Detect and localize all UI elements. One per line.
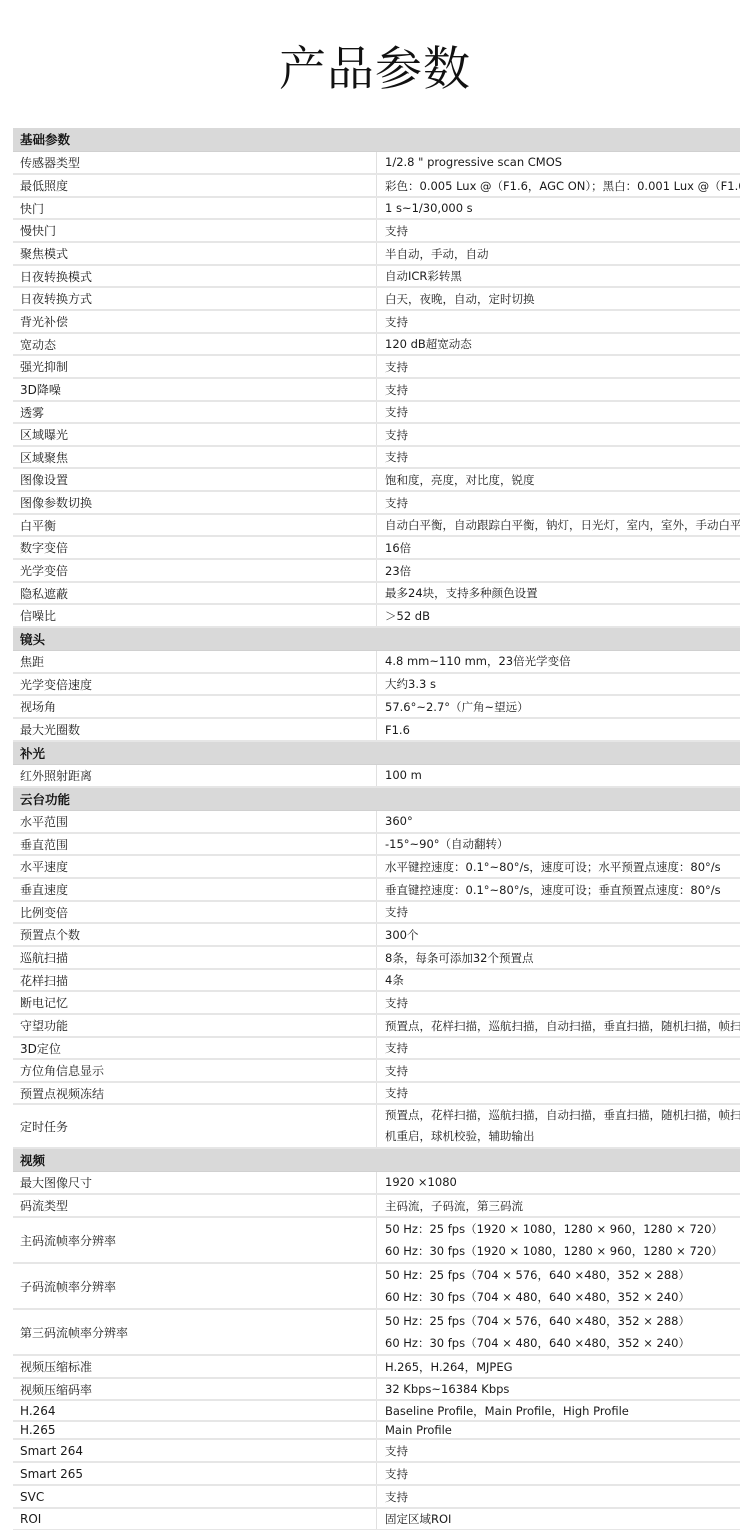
spec-table: 基础参数传感器类型1/2.8 " progressive scan CMOS最低… (13, 128, 740, 1530)
spec-value-line: 32 Kbps~16384 Kbps (385, 1382, 740, 1396)
spec-label: 红外照射距离 (13, 764, 377, 787)
spec-value: 1 s~1/30,000 s (377, 197, 741, 219)
spec-label: 视频压缩标准 (13, 1355, 377, 1378)
page-title: 产品参数 (0, 38, 750, 102)
spec-label: 宽动态 (13, 333, 377, 355)
spec-row: H.265Main Profile (13, 1421, 740, 1439)
spec-row: 日夜转换方式白天，夜晚，自动，定时切换 (13, 287, 740, 310)
spec-value: 半自动，手动，自动 (377, 242, 741, 265)
section-header: 镜头 (13, 627, 740, 650)
spec-value: 支持 (377, 1059, 741, 1082)
spec-value: 彩色：0.005 Lux @（F1.6，AGC ON）；黑白：0.001 Lux… (377, 174, 741, 197)
spec-value: 支持 (377, 1439, 741, 1462)
spec-label: 聚焦模式 (13, 242, 377, 265)
spec-label: 最低照度 (13, 174, 377, 197)
section-header-row: 补光 (13, 741, 740, 764)
spec-value-line: 1/2.8 " progressive scan CMOS (385, 155, 740, 169)
spec-label: 水平速度 (13, 855, 377, 878)
spec-label: 主码流帧率分辨率 (13, 1217, 377, 1263)
spec-value: ＞52 dB (377, 604, 741, 627)
spec-value: 300个 (377, 923, 741, 946)
spec-row: 视频压缩标准H.265，H.264，MJPEG (13, 1355, 740, 1378)
spec-value-line: 1 s~1/30,000 s (385, 201, 740, 215)
spec-label: 焦距 (13, 650, 377, 673)
spec-row: 光学变倍速度大约3.3 s (13, 673, 740, 695)
spec-value: 垂直键控速度：0.1°~80°/s，速度可设；垂直预置点速度：80°/s (377, 878, 741, 901)
spec-row: 3D定位支持 (13, 1037, 740, 1059)
spec-row: 信噪比＞52 dB (13, 604, 740, 627)
spec-value-line: 支持 (385, 1489, 740, 1505)
spec-value: 支持 (377, 219, 741, 242)
spec-label: 预置点视频冻结 (13, 1082, 377, 1104)
spec-label: 垂直范围 (13, 833, 377, 855)
spec-label: 背光补偿 (13, 310, 377, 333)
spec-value-line: 白天，夜晚，自动，定时切换 (385, 291, 740, 307)
spec-label: 方位角信息显示 (13, 1059, 377, 1082)
spec-label: 区域曝光 (13, 423, 377, 446)
spec-row: 垂直范围-15°~90°（自动翻转） (13, 833, 740, 855)
spec-value: 水平键控速度：0.1°~80°/s，速度可设；水平预置点速度：80°/s (377, 855, 741, 878)
spec-row: ROI固定区域ROI (13, 1508, 740, 1530)
spec-label: ROI (13, 1508, 377, 1530)
spec-row: Smart 265支持 (13, 1462, 740, 1485)
section-header-row: 镜头 (13, 627, 740, 650)
spec-row: 方位角信息显示支持 (13, 1059, 740, 1082)
spec-row: 水平速度水平键控速度：0.1°~80°/s，速度可设；水平预置点速度：80°/s (13, 855, 740, 878)
section-header-row: 云台功能 (13, 787, 740, 810)
spec-value: 1/2.8 " progressive scan CMOS (377, 151, 741, 174)
spec-label: 3D降噪 (13, 378, 377, 401)
spec-label: 白平衡 (13, 514, 377, 536)
spec-row: 红外照射距离100 m (13, 764, 740, 787)
spec-value-line: 60 Hz：30 fps（704 × 480，640 ×480，352 × 24… (385, 1332, 740, 1354)
spec-value-line: 100 m (385, 768, 740, 782)
spec-row: 图像设置饱和度，亮度，对比度，锐度 (13, 468, 740, 491)
spec-value-line: 60 Hz：30 fps（1920 × 1080，1280 × 960，1280… (385, 1240, 740, 1262)
spec-value-line: 支持 (385, 223, 740, 239)
section-header: 补光 (13, 741, 740, 764)
spec-row: 快门1 s~1/30,000 s (13, 197, 740, 219)
spec-row: 图像参数切换支持 (13, 491, 740, 514)
spec-row: 背光补偿支持 (13, 310, 740, 333)
spec-row: 3D降噪支持 (13, 378, 740, 401)
spec-value-line: 支持 (385, 359, 740, 375)
section-header-row: 基础参数 (13, 128, 740, 151)
spec-row: 花样扫描4条 (13, 969, 740, 991)
spec-label: 快门 (13, 197, 377, 219)
spec-value-line: 50 Hz：25 fps（1920 × 1080，1280 × 960，1280… (385, 1218, 740, 1240)
spec-value-line: 水平键控速度：0.1°~80°/s，速度可设；水平预置点速度：80°/s (385, 859, 740, 875)
spec-value-line: 支持 (385, 904, 740, 920)
spec-label: 透雾 (13, 401, 377, 423)
spec-value: 自动ICR彩转黑 (377, 265, 741, 287)
spec-value-line: 半自动，手动，自动 (385, 246, 740, 262)
spec-row: 最大图像尺寸1920 ×1080 (13, 1171, 740, 1194)
spec-row: 主码流帧率分辨率50 Hz：25 fps（1920 × 1080，1280 × … (13, 1217, 740, 1263)
spec-value-line: 固定区域ROI (385, 1511, 740, 1527)
spec-label: 慢快门 (13, 219, 377, 242)
spec-value: 32 Kbps~16384 Kbps (377, 1378, 741, 1400)
spec-label: 码流类型 (13, 1194, 377, 1217)
spec-value: 饱和度，亮度，对比度，锐度 (377, 468, 741, 491)
section-header: 视频 (13, 1148, 740, 1171)
spec-row: 传感器类型1/2.8 " progressive scan CMOS (13, 151, 740, 174)
spec-row: 最大光圈数F1.6 (13, 718, 740, 741)
spec-label: 日夜转换方式 (13, 287, 377, 310)
spec-label: 巡航扫描 (13, 946, 377, 969)
spec-label: Smart 265 (13, 1462, 377, 1485)
spec-value: 4条 (377, 969, 741, 991)
spec-value: 360° (377, 810, 741, 833)
spec-value-line: 4条 (385, 972, 740, 988)
spec-row: 断电记忆支持 (13, 991, 740, 1014)
spec-value: 预置点，花样扫描，巡航扫描，自动扫描，垂直扫描，随机扫描，帧扫描，全景扫描，球机… (377, 1104, 741, 1148)
spec-label: 守望功能 (13, 1014, 377, 1037)
spec-value-line: 360° (385, 814, 740, 828)
spec-value: 支持 (377, 355, 741, 378)
spec-value-line: 彩色：0.005 Lux @（F1.6，AGC ON）；黑白：0.001 Lux… (385, 178, 740, 194)
spec-row: H.264Baseline Profile，Main Profile，High … (13, 1400, 740, 1421)
spec-value-line: 300个 (385, 927, 740, 943)
spec-row: 慢快门支持 (13, 219, 740, 242)
spec-value-line: Baseline Profile，Main Profile，High Profi… (385, 1403, 740, 1419)
spec-value-line: 支持 (385, 404, 740, 420)
spec-row: Smart 264支持 (13, 1439, 740, 1462)
spec-label: 花样扫描 (13, 969, 377, 991)
spec-label: 最大光圈数 (13, 718, 377, 741)
spec-value-line: 支持 (385, 1443, 740, 1459)
spec-value: Main Profile (377, 1421, 741, 1439)
section-header: 基础参数 (13, 128, 740, 151)
spec-table-body: 基础参数传感器类型1/2.8 " progressive scan CMOS最低… (13, 128, 740, 1530)
spec-label: 隐私遮蔽 (13, 582, 377, 604)
spec-value-line: 支持 (385, 1466, 740, 1482)
spec-value-line: 57.6°~2.7°（广角~望远） (385, 699, 740, 715)
spec-value: 支持 (377, 1082, 741, 1104)
spec-row: 隐私遮蔽最多24块，支持多种颜色设置 (13, 582, 740, 604)
spec-row: 聚焦模式半自动，手动，自动 (13, 242, 740, 265)
spec-value-line: 最多24块，支持多种颜色设置 (385, 585, 740, 601)
spec-row: 日夜转换模式自动ICR彩转黑 (13, 265, 740, 287)
spec-label: 光学变倍速度 (13, 673, 377, 695)
spec-value: 1920 ×1080 (377, 1171, 741, 1194)
spec-label: H.265 (13, 1421, 377, 1439)
spec-value: 最多24块，支持多种颜色设置 (377, 582, 741, 604)
spec-row: 码流类型主码流，子码流，第三码流 (13, 1194, 740, 1217)
spec-value: 支持 (377, 491, 741, 514)
spec-value-line: 主码流，子码流，第三码流 (385, 1198, 740, 1214)
spec-label: 区域聚焦 (13, 446, 377, 468)
spec-value-line: 饱和度，亮度，对比度，锐度 (385, 472, 740, 488)
spec-row: 透雾支持 (13, 401, 740, 423)
spec-value: 支持 (377, 901, 741, 923)
spec-value-line: 50 Hz：25 fps（704 × 576，640 ×480，352 × 28… (385, 1310, 740, 1332)
spec-row: 垂直速度垂直键控速度：0.1°~80°/s，速度可设；垂直预置点速度：80°/s (13, 878, 740, 901)
spec-row: 光学变倍23倍 (13, 559, 740, 582)
spec-label: H.264 (13, 1400, 377, 1421)
spec-value: 支持 (377, 991, 741, 1014)
spec-label: 图像设置 (13, 468, 377, 491)
spec-value: 50 Hz：25 fps（704 × 576，640 ×480，352 × 28… (377, 1263, 741, 1309)
spec-row: 数字变倍16倍 (13, 536, 740, 559)
spec-value: 支持 (377, 401, 741, 423)
spec-label: 定时任务 (13, 1104, 377, 1148)
spec-row: 定时任务预置点，花样扫描，巡航扫描，自动扫描，垂直扫描，随机扫描，帧扫描，全景扫… (13, 1104, 740, 1148)
spec-label: Smart 264 (13, 1439, 377, 1462)
spec-row: 子码流帧率分辨率50 Hz：25 fps（704 × 576，640 ×480，… (13, 1263, 740, 1309)
section-header: 云台功能 (13, 787, 740, 810)
spec-value: 57.6°~2.7°（广角~望远） (377, 695, 741, 718)
spec-value: 23倍 (377, 559, 741, 582)
spec-label: 水平范围 (13, 810, 377, 833)
spec-value-line: 支持 (385, 1085, 740, 1101)
spec-value: 4.8 mm~110 mm，23倍光学变倍 (377, 650, 741, 673)
spec-row: SVC支持 (13, 1485, 740, 1508)
spec-row: 水平范围360° (13, 810, 740, 833)
spec-value: 50 Hz：25 fps（704 × 576，640 ×480，352 × 28… (377, 1309, 741, 1355)
spec-value: 主码流，子码流，第三码流 (377, 1194, 741, 1217)
spec-row: 区域聚焦支持 (13, 446, 740, 468)
spec-label: 子码流帧率分辨率 (13, 1263, 377, 1309)
spec-value-line: 大约3.3 s (385, 676, 740, 692)
spec-value-line: 支持 (385, 449, 740, 465)
spec-value: -15°~90°（自动翻转） (377, 833, 741, 855)
spec-value: F1.6 (377, 718, 741, 741)
spec-label: 比例变倍 (13, 901, 377, 923)
spec-row: 视频压缩码率32 Kbps~16384 Kbps (13, 1378, 740, 1400)
spec-label: 强光抑制 (13, 355, 377, 378)
spec-value-line: 机重启，球机校验，辅助输出 (385, 1126, 740, 1147)
spec-value: 白天，夜晚，自动，定时切换 (377, 287, 741, 310)
spec-value-line: 预置点，花样扫描，巡航扫描，自动扫描，垂直扫描，随机扫描，帧扫描，全景扫描 (385, 1018, 740, 1034)
spec-label: 断电记忆 (13, 991, 377, 1014)
spec-value: 120 dB超宽动态 (377, 333, 741, 355)
spec-row: 巡航扫描8条，每条可添加32个预置点 (13, 946, 740, 969)
spec-row: 白平衡自动白平衡，自动跟踪白平衡，钠灯，日光灯，室内，室外，手动白平衡，锁定白平… (13, 514, 740, 536)
spec-label: 第三码流帧率分辨率 (13, 1309, 377, 1355)
spec-row: 比例变倍支持 (13, 901, 740, 923)
spec-value-line: 支持 (385, 427, 740, 443)
spec-value: 支持 (377, 310, 741, 333)
spec-row: 第三码流帧率分辨率50 Hz：25 fps（704 × 576，640 ×480… (13, 1309, 740, 1355)
section-header-row: 视频 (13, 1148, 740, 1171)
spec-row: 强光抑制支持 (13, 355, 740, 378)
spec-label: 最大图像尺寸 (13, 1171, 377, 1194)
spec-value-line: ＞52 dB (385, 608, 740, 624)
spec-value: H.265，H.264，MJPEG (377, 1355, 741, 1378)
spec-value-line: 支持 (385, 314, 740, 330)
spec-value-line: 自动ICR彩转黑 (385, 268, 740, 284)
spec-value: 支持 (377, 446, 741, 468)
spec-row: 宽动态120 dB超宽动态 (13, 333, 740, 355)
spec-value-line: Main Profile (385, 1423, 740, 1437)
spec-value: 支持 (377, 378, 741, 401)
spec-value-line: 8条，每条可添加32个预置点 (385, 950, 740, 966)
spec-value: 8条，每条可添加32个预置点 (377, 946, 741, 969)
spec-label: 视频压缩码率 (13, 1378, 377, 1400)
spec-value: 支持 (377, 423, 741, 446)
spec-label: 3D定位 (13, 1037, 377, 1059)
spec-value-line: 50 Hz：25 fps（704 × 576，640 ×480，352 × 28… (385, 1264, 740, 1286)
spec-value: 16倍 (377, 536, 741, 559)
spec-value-line: 支持 (385, 382, 740, 398)
spec-value-line: 23倍 (385, 563, 740, 579)
spec-label: 图像参数切换 (13, 491, 377, 514)
spec-label: 传感器类型 (13, 151, 377, 174)
spec-label: 视场角 (13, 695, 377, 718)
spec-value-line: F1.6 (385, 723, 740, 737)
spec-value: 50 Hz：25 fps（1920 × 1080，1280 × 960，1280… (377, 1217, 741, 1263)
spec-label: 日夜转换模式 (13, 265, 377, 287)
spec-value: Baseline Profile，Main Profile，High Profi… (377, 1400, 741, 1421)
spec-row: 视场角57.6°~2.7°（广角~望远） (13, 695, 740, 718)
spec-value-line: 支持 (385, 495, 740, 511)
spec-value-line: 支持 (385, 995, 740, 1011)
spec-label: 垂直速度 (13, 878, 377, 901)
spec-label: 预置点个数 (13, 923, 377, 946)
spec-row: 守望功能预置点，花样扫描，巡航扫描，自动扫描，垂直扫描，随机扫描，帧扫描，全景扫… (13, 1014, 740, 1037)
spec-row: 预置点个数300个 (13, 923, 740, 946)
spec-value-line: 预置点，花样扫描，巡航扫描，自动扫描，垂直扫描，随机扫描，帧扫描，全景扫描，球 (385, 1105, 740, 1126)
spec-value: 支持 (377, 1462, 741, 1485)
spec-label: 数字变倍 (13, 536, 377, 559)
spec-label: SVC (13, 1485, 377, 1508)
spec-row: 预置点视频冻结支持 (13, 1082, 740, 1104)
spec-value: 大约3.3 s (377, 673, 741, 695)
spec-label: 信噪比 (13, 604, 377, 627)
spec-value-line: 自动白平衡，自动跟踪白平衡，钠灯，日光灯，室内，室外，手动白平衡，锁定白平衡 (385, 517, 740, 533)
spec-value-line: 16倍 (385, 540, 740, 556)
spec-value: 支持 (377, 1037, 741, 1059)
spec-label: 光学变倍 (13, 559, 377, 582)
spec-value-line: 60 Hz：30 fps（704 × 480，640 ×480，352 × 24… (385, 1286, 740, 1308)
spec-value: 自动白平衡，自动跟踪白平衡，钠灯，日光灯，室内，室外，手动白平衡，锁定白平衡 (377, 514, 741, 536)
spec-value: 预置点，花样扫描，巡航扫描，自动扫描，垂直扫描，随机扫描，帧扫描，全景扫描 (377, 1014, 741, 1037)
spec-row: 最低照度彩色：0.005 Lux @（F1.6，AGC ON）；黑白：0.001… (13, 174, 740, 197)
spec-row: 区域曝光支持 (13, 423, 740, 446)
spec-value: 100 m (377, 764, 741, 787)
spec-value-line: H.265，H.264，MJPEG (385, 1359, 740, 1375)
spec-value-line: 垂直键控速度：0.1°~80°/s，速度可设；垂直预置点速度：80°/s (385, 882, 740, 898)
spec-value-line: 1920 ×1080 (385, 1175, 740, 1189)
spec-value-line: 支持 (385, 1040, 740, 1056)
spec-value-line: -15°~90°（自动翻转） (385, 836, 740, 852)
spec-value: 固定区域ROI (377, 1508, 741, 1530)
spec-value-line: 120 dB超宽动态 (385, 336, 740, 352)
spec-value: 支持 (377, 1485, 741, 1508)
spec-value-line: 支持 (385, 1063, 740, 1079)
spec-row: 焦距4.8 mm~110 mm，23倍光学变倍 (13, 650, 740, 673)
spec-value-line: 4.8 mm~110 mm，23倍光学变倍 (385, 653, 740, 669)
